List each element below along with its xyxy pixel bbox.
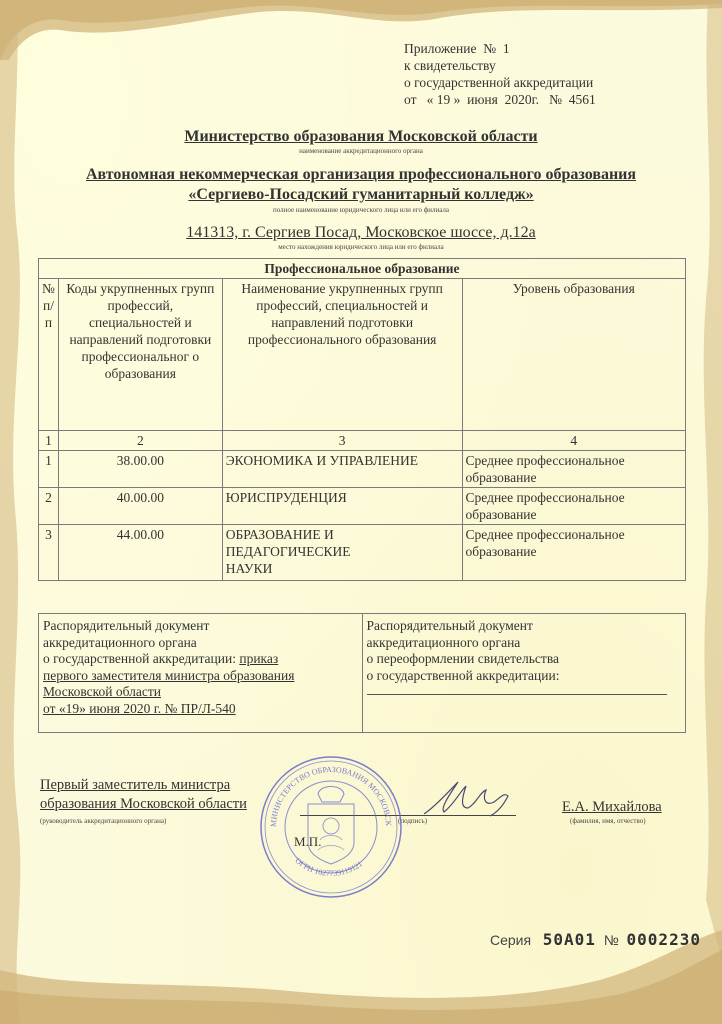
doc-line: аккредитационного органа: [43, 635, 358, 652]
name-caption: (фамилия, имя, отчество): [570, 817, 646, 825]
column-header-number: № п/п: [39, 279, 59, 431]
column-number: 2: [58, 431, 222, 451]
appendix-reference: Приложение № 1 к свидетельству о государ…: [404, 40, 596, 108]
organization-name-line2: «Сергиево-Посадский гуманитарный колледж…: [0, 186, 722, 204]
row-code: 44.00.00: [58, 525, 222, 581]
column-number: 1: [39, 431, 59, 451]
column-header-level: Уровень образования: [462, 279, 685, 431]
organization-address: 141313, г. Сергиев Посад, Московское шос…: [0, 224, 722, 242]
signatory-name: Е.А. Михайлова: [562, 799, 662, 816]
order-date-number: от «19» июня 2020 г. № ПР/Л-540: [43, 701, 358, 718]
table-row: 2 40.00.00 ЮРИСПРУДЕНЦИЯ Среднее професс…: [39, 488, 686, 525]
order-reference: первого заместителя министра образования: [43, 668, 358, 685]
reissue-document-cell: Распорядительный документ аккредитационн…: [362, 614, 686, 733]
order-reference: приказ: [239, 651, 278, 666]
signatory-title: Первый заместитель министра образования …: [40, 776, 247, 814]
order-reference: Московской области: [43, 684, 358, 701]
certificate-series-number: Серия 50А01 № 0002230: [490, 930, 701, 949]
address-caption: место нахождения юридического лица или е…: [0, 243, 722, 251]
series-value: 50А01: [543, 930, 596, 949]
table-row: 1 38.00.00 ЭКОНОМИКА И УПРАВЛЕНИЕ Средне…: [39, 451, 686, 488]
appendix-number: Приложение № 1: [404, 40, 596, 57]
column-number: 3: [222, 431, 462, 451]
svg-text:ОГРН 1027739119121: ОГРН 1027739119121: [293, 856, 364, 878]
organization-name-line1: Автономная некоммерческая организация пр…: [0, 166, 722, 184]
number-sign: №: [604, 932, 619, 948]
official-seal-icon: МИНИСТЕРСТВО ОБРАЗОВАНИЯ МОСКОВСКОЙ ОБЛА…: [258, 754, 404, 900]
doc-line: аккредитационного органа: [367, 635, 682, 652]
row-code: 38.00.00: [58, 451, 222, 488]
doc-line: Распорядительный документ: [43, 618, 358, 635]
row-code: 40.00.00: [58, 488, 222, 525]
blank-field-line: [367, 684, 667, 695]
row-name: ЭКОНОМИКА И УПРАВЛЕНИЕ: [222, 451, 462, 488]
row-level: Среднее профессиональное образование: [462, 525, 685, 581]
row-number: 2: [39, 488, 59, 525]
row-number: 3: [39, 525, 59, 581]
signatory-caption: (руководитель аккредитационного органа): [40, 817, 166, 825]
ornament-top-border-icon: [0, 0, 722, 60]
seal-place-label: М.П.: [294, 834, 321, 850]
signatory-title-line: Первый заместитель министра: [40, 776, 247, 795]
appendix-line: о государственной аккредитации: [404, 74, 596, 91]
row-name: ОБРАЗОВАНИЕ И ПЕДАГОГИЧЕСКИЕ НАУКИ: [222, 525, 462, 581]
table-title: Профессиональное образование: [39, 259, 686, 279]
column-header-codes: Коды укрупненных групп профессий, специа…: [58, 279, 222, 431]
administrative-documents-table: Распорядительный документ аккредитационн…: [38, 613, 686, 733]
row-number: 1: [39, 451, 59, 488]
accreditation-document-cell: Распорядительный документ аккредитационн…: [39, 614, 363, 733]
appendix-line: к свидетельству: [404, 57, 596, 74]
certificate-number: 0002230: [627, 930, 701, 949]
doc-line: о государственной аккредитации:: [367, 668, 682, 685]
organization-caption: полное наименование юридического лица ил…: [0, 206, 722, 214]
row-level: Среднее профессиональное образование: [462, 451, 685, 488]
table-row: 3 44.00.00 ОБРАЗОВАНИЕ И ПЕДАГОГИЧЕСКИЕ …: [39, 525, 686, 581]
series-label: Серия: [490, 932, 531, 948]
education-table: Профессиональное образование № п/п Коды …: [38, 258, 686, 581]
doc-line: Распорядительный документ: [367, 618, 682, 635]
signature-icon: [420, 778, 520, 818]
column-header-names: Наименование укрупненных групп профессий…: [222, 279, 462, 431]
column-number: 4: [462, 431, 685, 451]
row-level: Среднее профессиональное образование: [462, 488, 685, 525]
signatory-title-line: образования Московской области: [40, 795, 247, 814]
row-name: ЮРИСПРУДЕНЦИЯ: [222, 488, 462, 525]
appendix-date-number: от « 19 » июня 2020г. № 4561: [404, 91, 596, 108]
svg-text:МИНИСТЕРСТВО ОБРАЗОВАНИЯ МОСКО: МИНИСТЕРСТВО ОБРАЗОВАНИЯ МОСКОВСКОЙ ОБЛА…: [258, 754, 393, 827]
doc-line: о государственной аккредитации:: [43, 651, 239, 666]
doc-line: о переоформлении свидетельства: [367, 651, 682, 668]
ministry-caption: наименование аккредитационного органа: [0, 147, 722, 155]
ministry-name: Министерство образования Московской обла…: [0, 128, 722, 146]
